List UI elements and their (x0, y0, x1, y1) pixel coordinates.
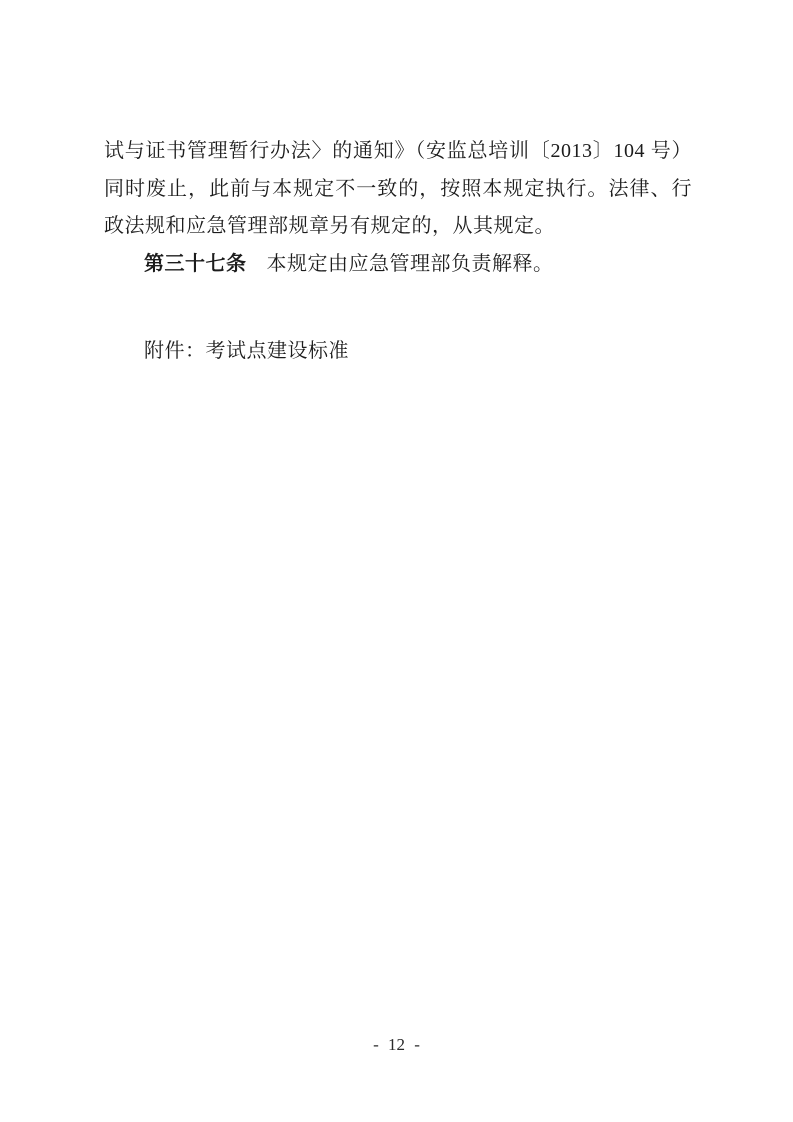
article-text: 本规定由应急管理部负责解释。 (267, 253, 554, 275)
document-page: 试与证书管理暂行办法〉的通知》（安监总培训〔2013〕104 号） 同时废止，此… (0, 0, 793, 1122)
attachment-label: 附件： (144, 340, 206, 362)
page-footer: - 12 - (0, 1033, 793, 1057)
attachment-title: 考试点建设标准 (206, 340, 350, 362)
page-number: - 12 - (373, 1035, 420, 1054)
body-line-continuation-3: 政法规和应急管理部规章另有规定的，从其规定。 (104, 208, 692, 246)
body-line-continuation-1: 试与证书管理暂行办法〉的通知》（安监总培训〔2013〕104 号） (104, 133, 692, 171)
document-body: 试与证书管理暂行办法〉的通知》（安监总培训〔2013〕104 号） 同时废止，此… (104, 133, 692, 371)
attachment-line: 附件：考试点建设标准 (104, 333, 692, 371)
article-37-line: 第三十七条本规定由应急管理部负责解释。 (104, 246, 692, 284)
body-line-continuation-2: 同时废止，此前与本规定不一致的，按照本规定执行。法律、行 (104, 171, 692, 209)
article-number: 第三十七条 (144, 253, 247, 275)
